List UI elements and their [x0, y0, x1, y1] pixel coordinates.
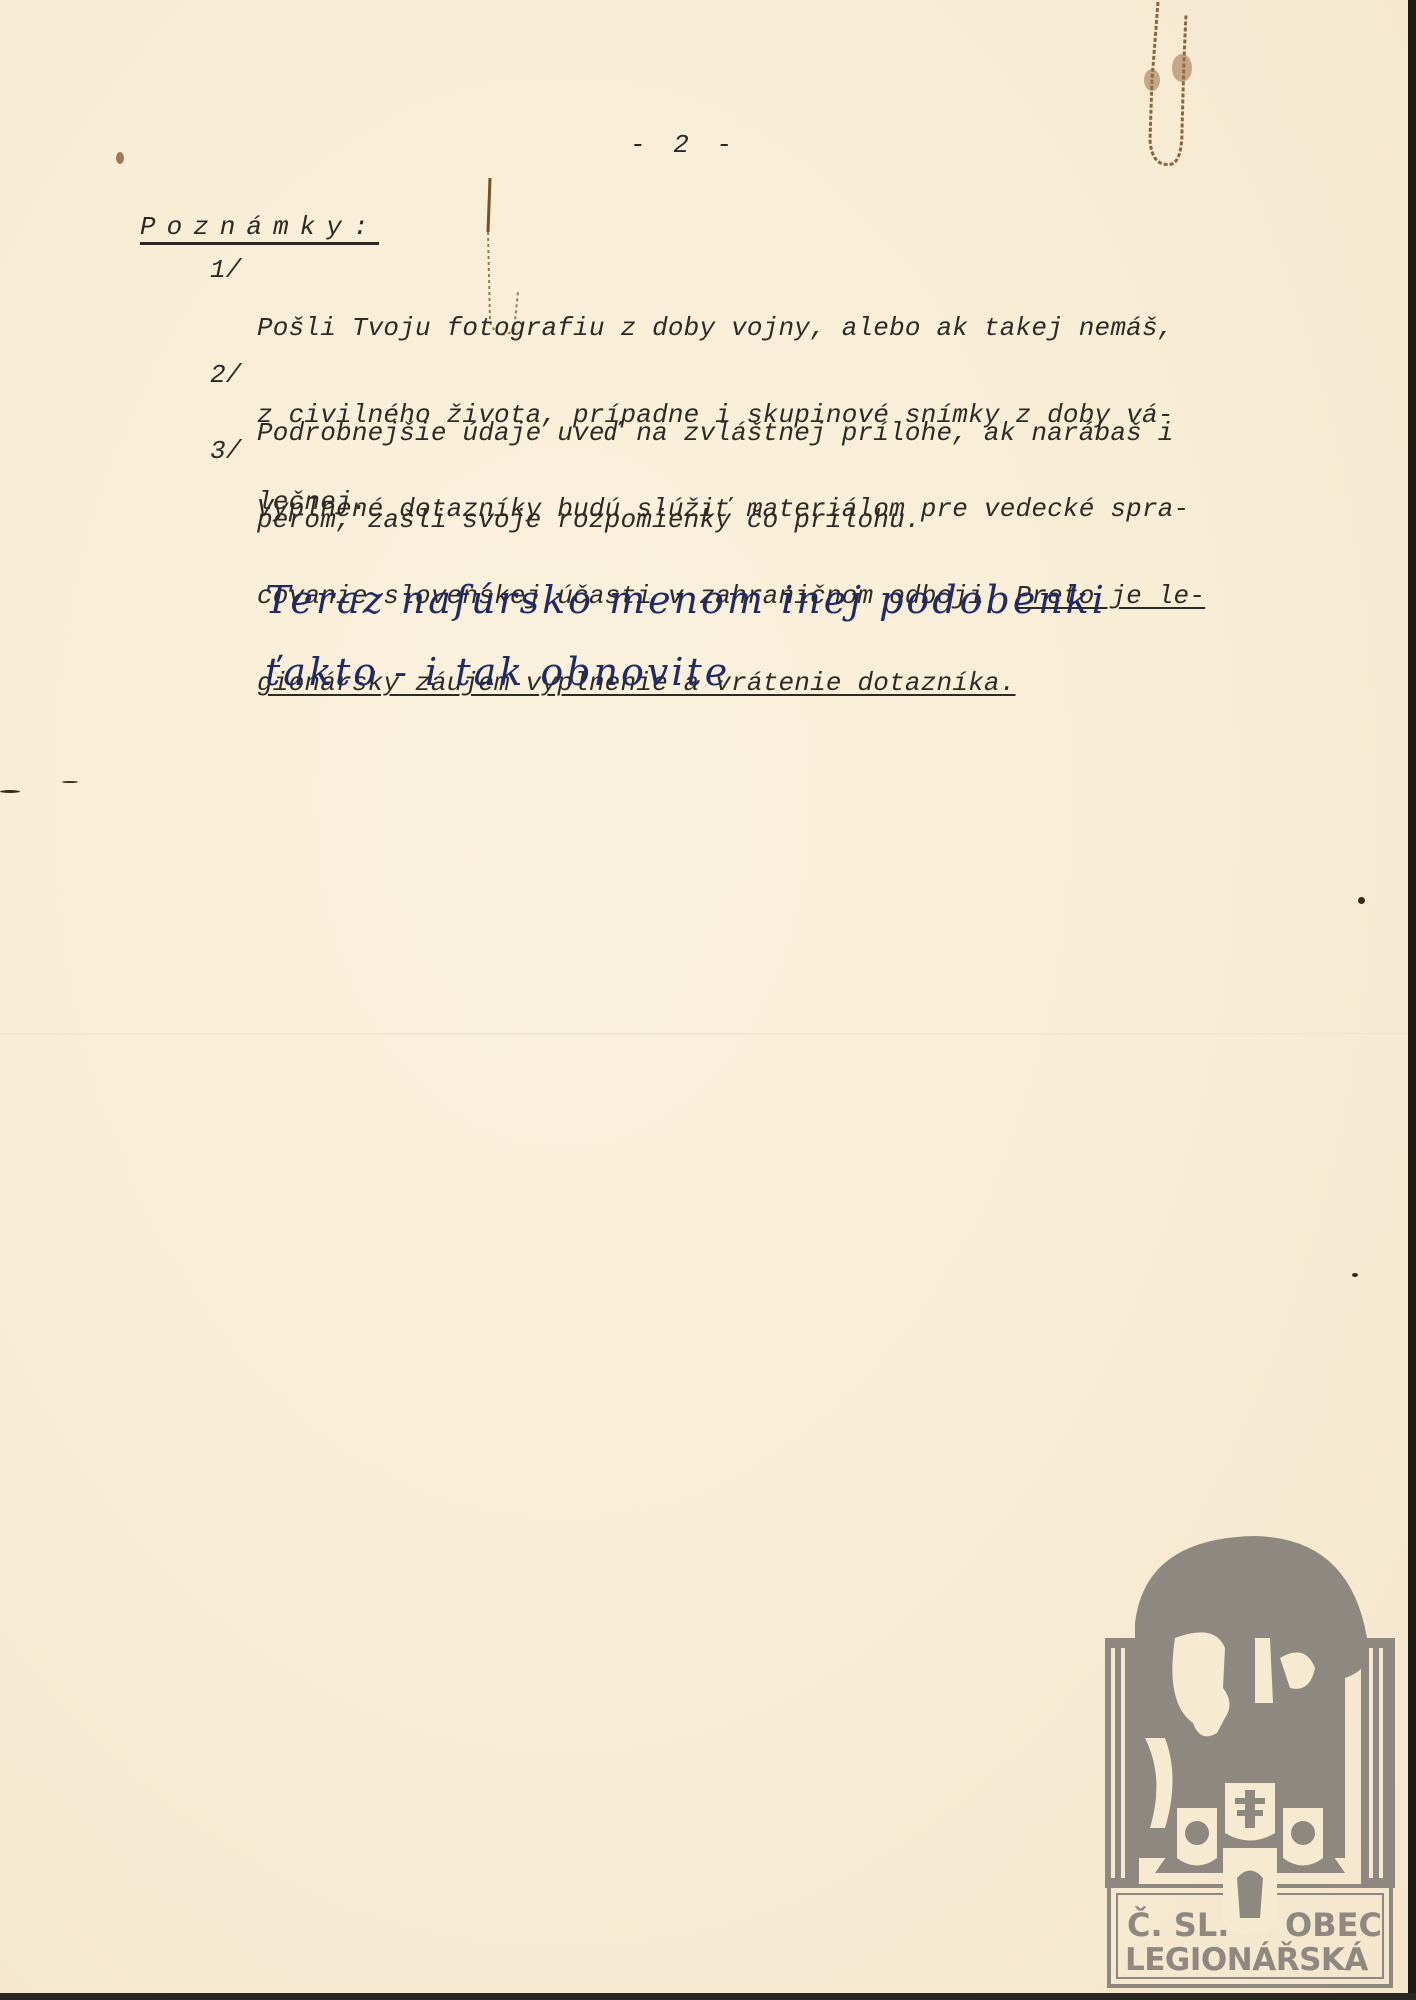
page-number: - 2 - — [630, 130, 738, 160]
paperclip-stain-icon — [1138, 0, 1198, 170]
logo-text-legionarska: LEGIONÁŘSKÁ — [1125, 1942, 1368, 1978]
handwritten-line-1: Teraz nafúrsko menom inej podobenki — [265, 578, 1107, 622]
stain-speck — [1352, 1273, 1358, 1277]
note-number: 2/ — [210, 361, 242, 390]
logo-text-obec: OBEC — [1285, 1906, 1382, 1944]
stain-speck — [62, 781, 78, 783]
logo-text-csl: Č. SL. — [1127, 1906, 1229, 1944]
document-page: - 2 - Poznámky: 1/ Pošli Tvoju fotografi… — [0, 0, 1408, 1993]
legion-logo: Č. SL. OBEC LEGIONÁŘSKÁ — [1105, 1528, 1395, 1988]
stain-speck — [0, 790, 20, 793]
note-line: Vyplnené dotazníky budú slúžiť materiálo… — [257, 495, 1310, 524]
note-line: Pošli Tvoju fotografiu z doby vojny, ale… — [257, 314, 1310, 343]
paper-fold-line — [0, 1033, 1408, 1036]
stain-speck — [1358, 897, 1365, 904]
handwritten-line-2: ťakto - i tak obnovite — [265, 650, 730, 694]
scan-edge-right — [1408, 0, 1416, 2000]
stain-speck — [116, 152, 124, 164]
scan-edge-bottom — [0, 1993, 1416, 2000]
note-number: 1/ — [210, 256, 242, 285]
note-number: 3/ — [210, 437, 242, 466]
notes-heading: Poznámky: — [140, 213, 379, 245]
